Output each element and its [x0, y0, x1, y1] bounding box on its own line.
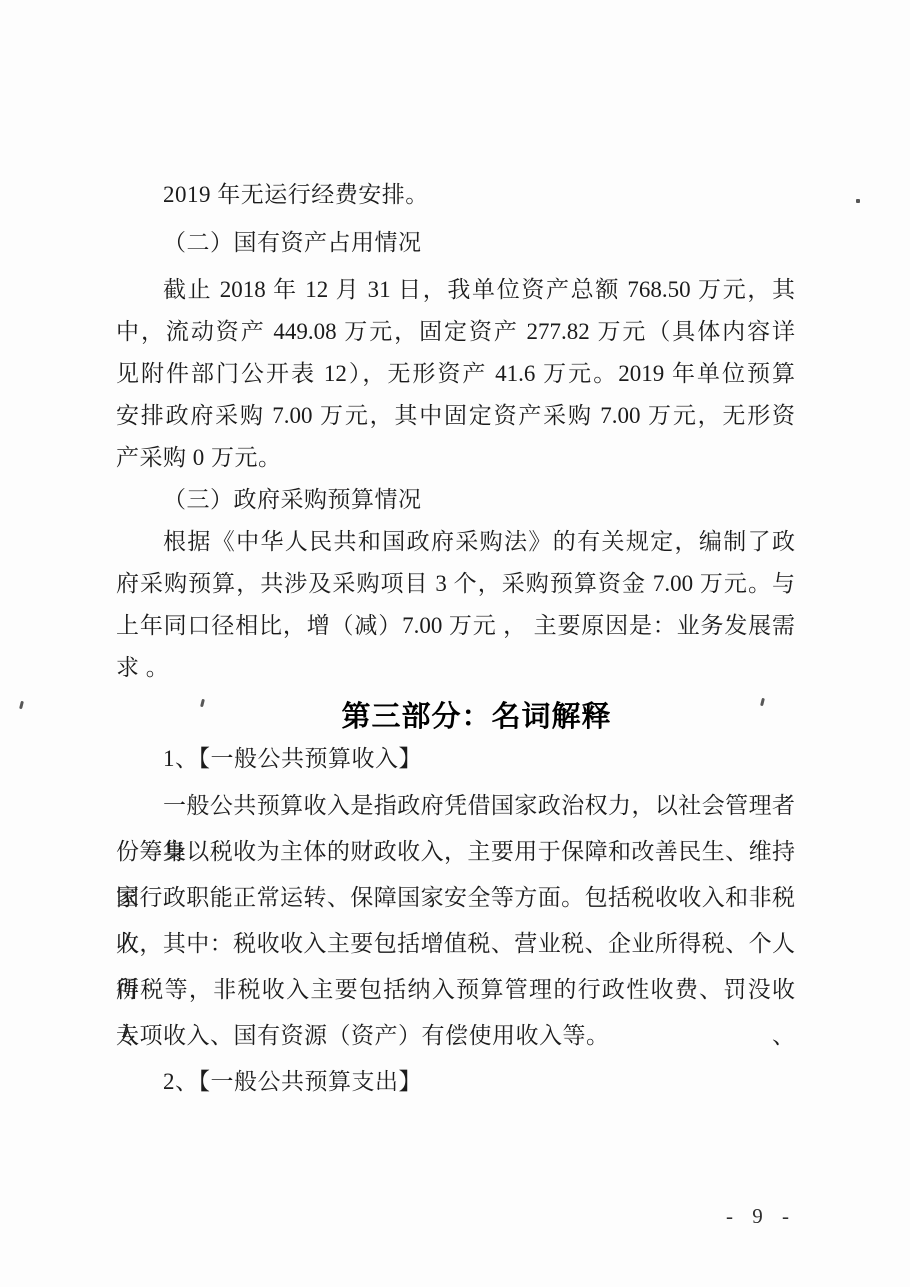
scan-speck: [19, 701, 24, 709]
text-line: 家行政职能正常运转、保障国家安全等方面。包括税收收入和非税收: [116, 875, 795, 921]
text-line: 见附件部门公开表 12），无形资产 41.6 万元。2019 年单位预算: [116, 353, 795, 395]
text-line: （三）政府采购预算情况: [116, 479, 795, 521]
text-line: 上年同口径相比，增（减）7.00 万元 ， 主要原因是：业务发展需: [116, 605, 795, 647]
text-line: 中，流动资产 449.08 万元，固定资产 277.82 万元（具体内容详: [116, 311, 795, 353]
text-line: 府采购预算，共涉及采购项目 3 个，采购预算资金 7.00 万元。与: [116, 563, 795, 605]
text-line: 入，其中：税收收入主要包括增值税、营业税、企业所得税、个人所: [116, 921, 795, 967]
scan-speck: [856, 199, 860, 203]
scanned-document-page: 2019 年无运行经费安排。（二）国有资产占用情况截止 2018 年 12 月 …: [0, 0, 910, 1287]
text-line: 一般公共预算收入是指政府凭借国家政治权力，以社会管理者身: [116, 783, 795, 829]
text-line: 2019 年无运行经费安排。: [116, 174, 795, 216]
text-line: 得税等，非税收入主要包括纳入预算管理的行政性收费、罚没收入、: [116, 967, 795, 1013]
text-line: 份筹集以税收为主体的财政收入，主要用于保障和改善民生、维持国: [116, 829, 795, 875]
text-line: 求 。: [116, 647, 795, 689]
section-heading: 第三部分：名词解释: [137, 696, 816, 738]
text-line: 安排政府采购 7.00 万元，其中固定资产采购 7.00 万元，无形资: [116, 395, 795, 437]
text-line: 1、【一般公共预算收入】: [116, 738, 795, 780]
text-line: 2、【一般公共预算支出】: [116, 1059, 795, 1105]
text-line: 产采购 0 万元。: [116, 437, 795, 479]
page-number: - 9 -: [726, 1204, 816, 1229]
text-line: 根据《中华人民共和国政府采购法》的有关规定，编制了政: [116, 521, 795, 563]
text-line: （二）国有资产占用情况: [116, 222, 795, 264]
document-body: 2019 年无运行经费安排。（二）国有资产占用情况截止 2018 年 12 月 …: [116, 174, 795, 1105]
text-line: 截止 2018 年 12 月 31 日，我单位资产总额 768.50 万元，其: [116, 269, 795, 311]
